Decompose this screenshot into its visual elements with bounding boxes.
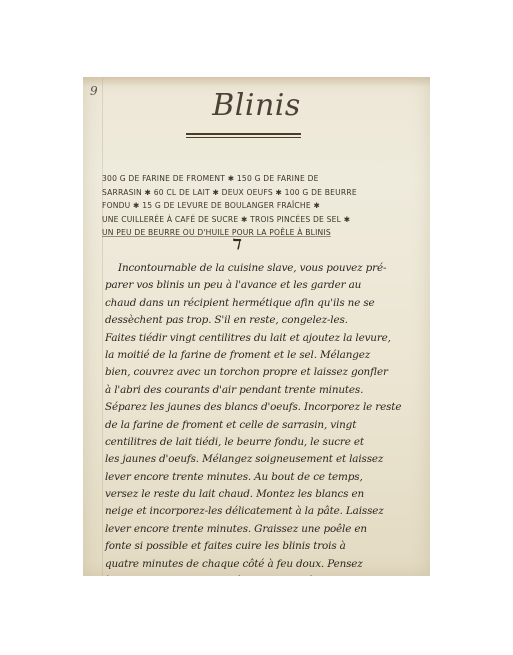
instruction-line: les jaunes d'oeufs. Mélangez soigneuseme… xyxy=(105,451,425,468)
instruction-line: fonte si possible et faites cuire les bl… xyxy=(105,538,425,555)
instruction-line: parer vos blinis un peu à l'avance et le… xyxy=(105,277,425,294)
recipe-title: Blinis xyxy=(212,88,301,123)
instruction-line: chaud dans un récipient hermétique afin … xyxy=(105,295,425,312)
title-underline-secondary xyxy=(186,137,301,138)
instruction-line: versez le reste du lait chaud. Montez le… xyxy=(105,486,425,503)
instruction-line: neige et incorporez-les délicatement à l… xyxy=(105,503,425,520)
ingredient-line: 300 G de farine de froment ✱ 150 G de fa… xyxy=(102,172,422,186)
instruction-line: à ne pas mettre trop de pâte dans la poê… xyxy=(105,573,425,576)
title-container: Blinis xyxy=(83,88,430,123)
instruction-line: centilitres de lait tiédi, le beurre fon… xyxy=(105,434,425,451)
recipe-instructions: Incontournable de la cuisine slave, vous… xyxy=(105,260,425,576)
instruction-line: Incontournable de la cuisine slave, vous… xyxy=(105,260,425,277)
instruction-line: lever encore trente minutes. Au bout de … xyxy=(105,469,425,486)
margin-line xyxy=(102,77,103,576)
ingredients-list: 300 G de farine de froment ✱ 150 G de fa… xyxy=(102,172,422,240)
instruction-line: dessèchent pas trop. S'il en reste, cong… xyxy=(105,312,425,329)
title-underline xyxy=(186,133,301,135)
ingredient-line: une cuillerée à café de sucre ✱ trois pi… xyxy=(102,213,422,227)
instruction-line: à l'abri des courants d'air pendant tren… xyxy=(105,382,425,399)
ingredient-line: sarrasin ✱ 60 cl de lait ✱ deux oeufs ✱ … xyxy=(102,186,422,200)
flourish-ornament-icon: ℸ xyxy=(225,237,245,253)
instruction-line: bien, couvrez avec un torchon propre et … xyxy=(105,364,425,381)
instruction-line: Séparez les jaunes des blancs d'oeufs. I… xyxy=(105,399,425,416)
ingredient-line: fondu ✱ 15 G de levure de boulanger fraî… xyxy=(102,199,422,213)
instruction-line: de la farine de froment et celle de sarr… xyxy=(105,417,425,434)
instruction-line: lever encore trente minutes. Graissez un… xyxy=(105,521,425,538)
ingredient-line: un peu de beurre ou d'huile pour la poêl… xyxy=(102,226,422,240)
instruction-line: la moitié de la farine de froment et le … xyxy=(105,347,425,364)
recipe-page: 9 Blinis 300 G de farine de froment ✱ 15… xyxy=(83,77,430,576)
instruction-line: quatre minutes de chaque côté à feu doux… xyxy=(105,556,425,573)
instruction-line: Faites tiédir vingt centilitres du lait … xyxy=(105,330,425,347)
